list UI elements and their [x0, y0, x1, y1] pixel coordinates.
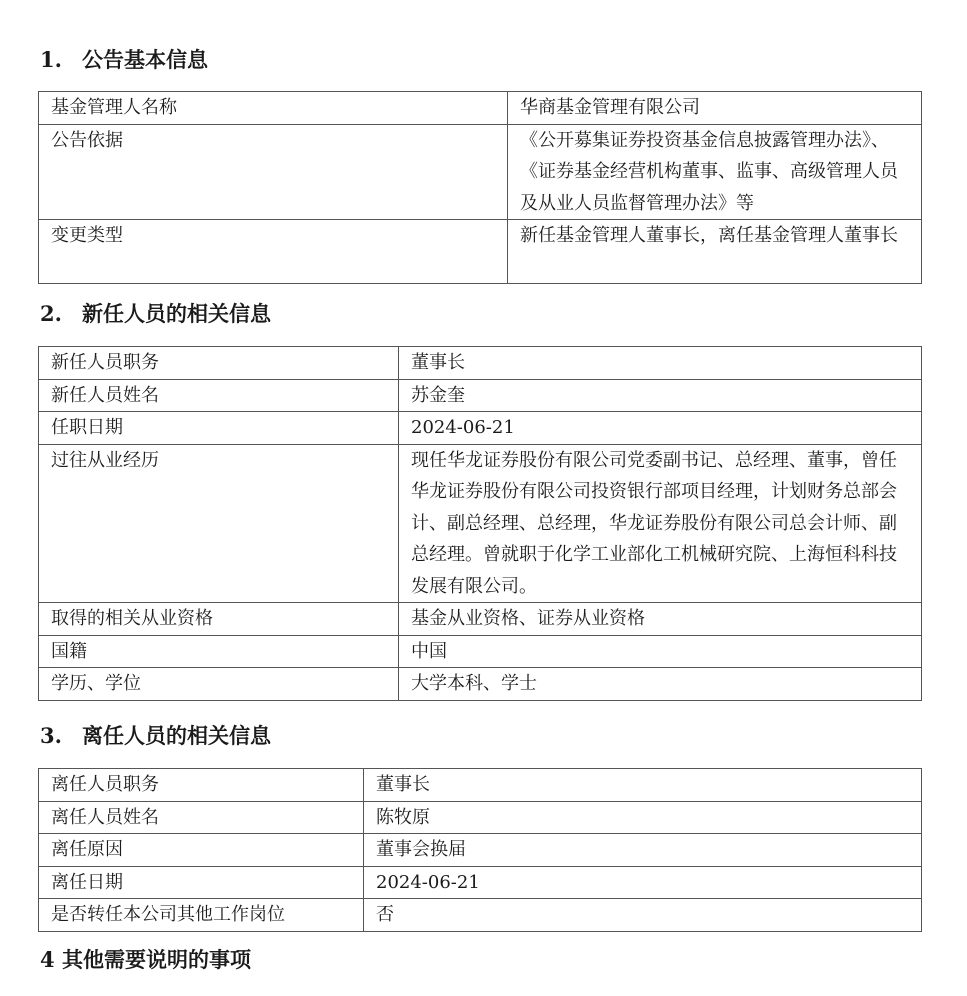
row-value: 华商基金管理有限公司: [508, 92, 922, 125]
row-label: 国籍: [39, 635, 399, 668]
table-row: 学历、学位 大学本科、学士: [39, 668, 922, 701]
table-row: 是否转任本公司其他工作岗位 否: [39, 899, 922, 932]
row-value: 《公开募集证券投资基金信息披露管理办法》、《证券基金经营机构董事、监事、高级管理…: [508, 124, 922, 220]
row-value: 中国: [399, 635, 922, 668]
row-value: 董事长: [399, 347, 922, 380]
row-label: 新任人员姓名: [39, 379, 399, 412]
table-row: 离任人员姓名 陈牧原: [39, 801, 922, 834]
row-value: 否: [364, 899, 922, 932]
row-label: 学历、学位: [39, 668, 399, 701]
row-value: 大学本科、学士: [399, 668, 922, 701]
section-2-title: 新任人员的相关信息: [82, 301, 271, 326]
departing-personnel-info-table: 离任人员职务 董事长 离任人员姓名 陈牧原 离任原因 董事会换届 离任日期 20…: [38, 768, 922, 932]
row-label: 离任人员姓名: [39, 801, 364, 834]
row-value: 新任基金管理人董事长，离任基金管理人董事长: [508, 220, 922, 284]
section-1-number: 1.: [40, 46, 82, 74]
row-value: 陈牧原: [364, 801, 922, 834]
table-row: 离任原因 董事会换届: [39, 834, 922, 867]
section-3-title: 离任人员的相关信息: [82, 723, 271, 748]
table-row: 过往从业经历 现任华龙证券股份有限公司党委副书记、总经理、董事，曾任华龙证券股份…: [39, 444, 922, 603]
table-row: 新任人员姓名 苏金奎: [39, 379, 922, 412]
section-1-heading: 1.公告基本信息: [40, 46, 208, 74]
section-2-heading: 2.新任人员的相关信息: [40, 300, 271, 328]
section-3-heading: 3.离任人员的相关信息: [40, 722, 271, 750]
section-4-title: 其他需要说明的事项: [62, 947, 251, 972]
row-label: 过往从业经历: [39, 444, 399, 603]
section-3-number: 3.: [40, 722, 82, 750]
table-row: 基金管理人名称 华商基金管理有限公司: [39, 92, 922, 125]
row-label: 新任人员职务: [39, 347, 399, 380]
row-value: 2024-06-21: [364, 866, 922, 899]
row-value: 董事会换届: [364, 834, 922, 867]
row-label: 公告依据: [39, 124, 508, 220]
row-label: 离任原因: [39, 834, 364, 867]
new-personnel-info-table: 新任人员职务 董事长 新任人员姓名 苏金奎 任职日期 2024-06-21 过往…: [38, 346, 922, 701]
section-1-title: 公告基本信息: [82, 47, 208, 72]
row-label: 离任人员职务: [39, 769, 364, 802]
table-row: 取得的相关从业资格 基金从业资格、证券从业资格: [39, 603, 922, 636]
row-label: 变更类型: [39, 220, 508, 284]
row-value: 现任华龙证券股份有限公司党委副书记、总经理、董事，曾任华龙证券股份有限公司投资银…: [399, 444, 922, 603]
row-label: 取得的相关从业资格: [39, 603, 399, 636]
row-value: 董事长: [364, 769, 922, 802]
row-value: 苏金奎: [399, 379, 922, 412]
section-4-heading: 4其他需要说明的事项: [40, 946, 251, 974]
table-row: 国籍 中国: [39, 635, 922, 668]
table-row: 变更类型 新任基金管理人董事长，离任基金管理人董事长: [39, 220, 922, 284]
section-4-number: 4: [40, 946, 62, 974]
section-2-number: 2.: [40, 300, 82, 328]
announcement-basic-info-table: 基金管理人名称 华商基金管理有限公司 公告依据 《公开募集证券投资基金信息披露管…: [38, 91, 922, 284]
row-value: 2024-06-21: [399, 412, 922, 445]
table-row: 离任日期 2024-06-21: [39, 866, 922, 899]
table-row: 公告依据 《公开募集证券投资基金信息披露管理办法》、《证券基金经营机构董事、监事…: [39, 124, 922, 220]
table-row: 离任人员职务 董事长: [39, 769, 922, 802]
row-label: 离任日期: [39, 866, 364, 899]
row-label: 是否转任本公司其他工作岗位: [39, 899, 364, 932]
row-label: 基金管理人名称: [39, 92, 508, 125]
table-row: 任职日期 2024-06-21: [39, 412, 922, 445]
table-row: 新任人员职务 董事长: [39, 347, 922, 380]
row-label: 任职日期: [39, 412, 399, 445]
row-value: 基金从业资格、证券从业资格: [399, 603, 922, 636]
